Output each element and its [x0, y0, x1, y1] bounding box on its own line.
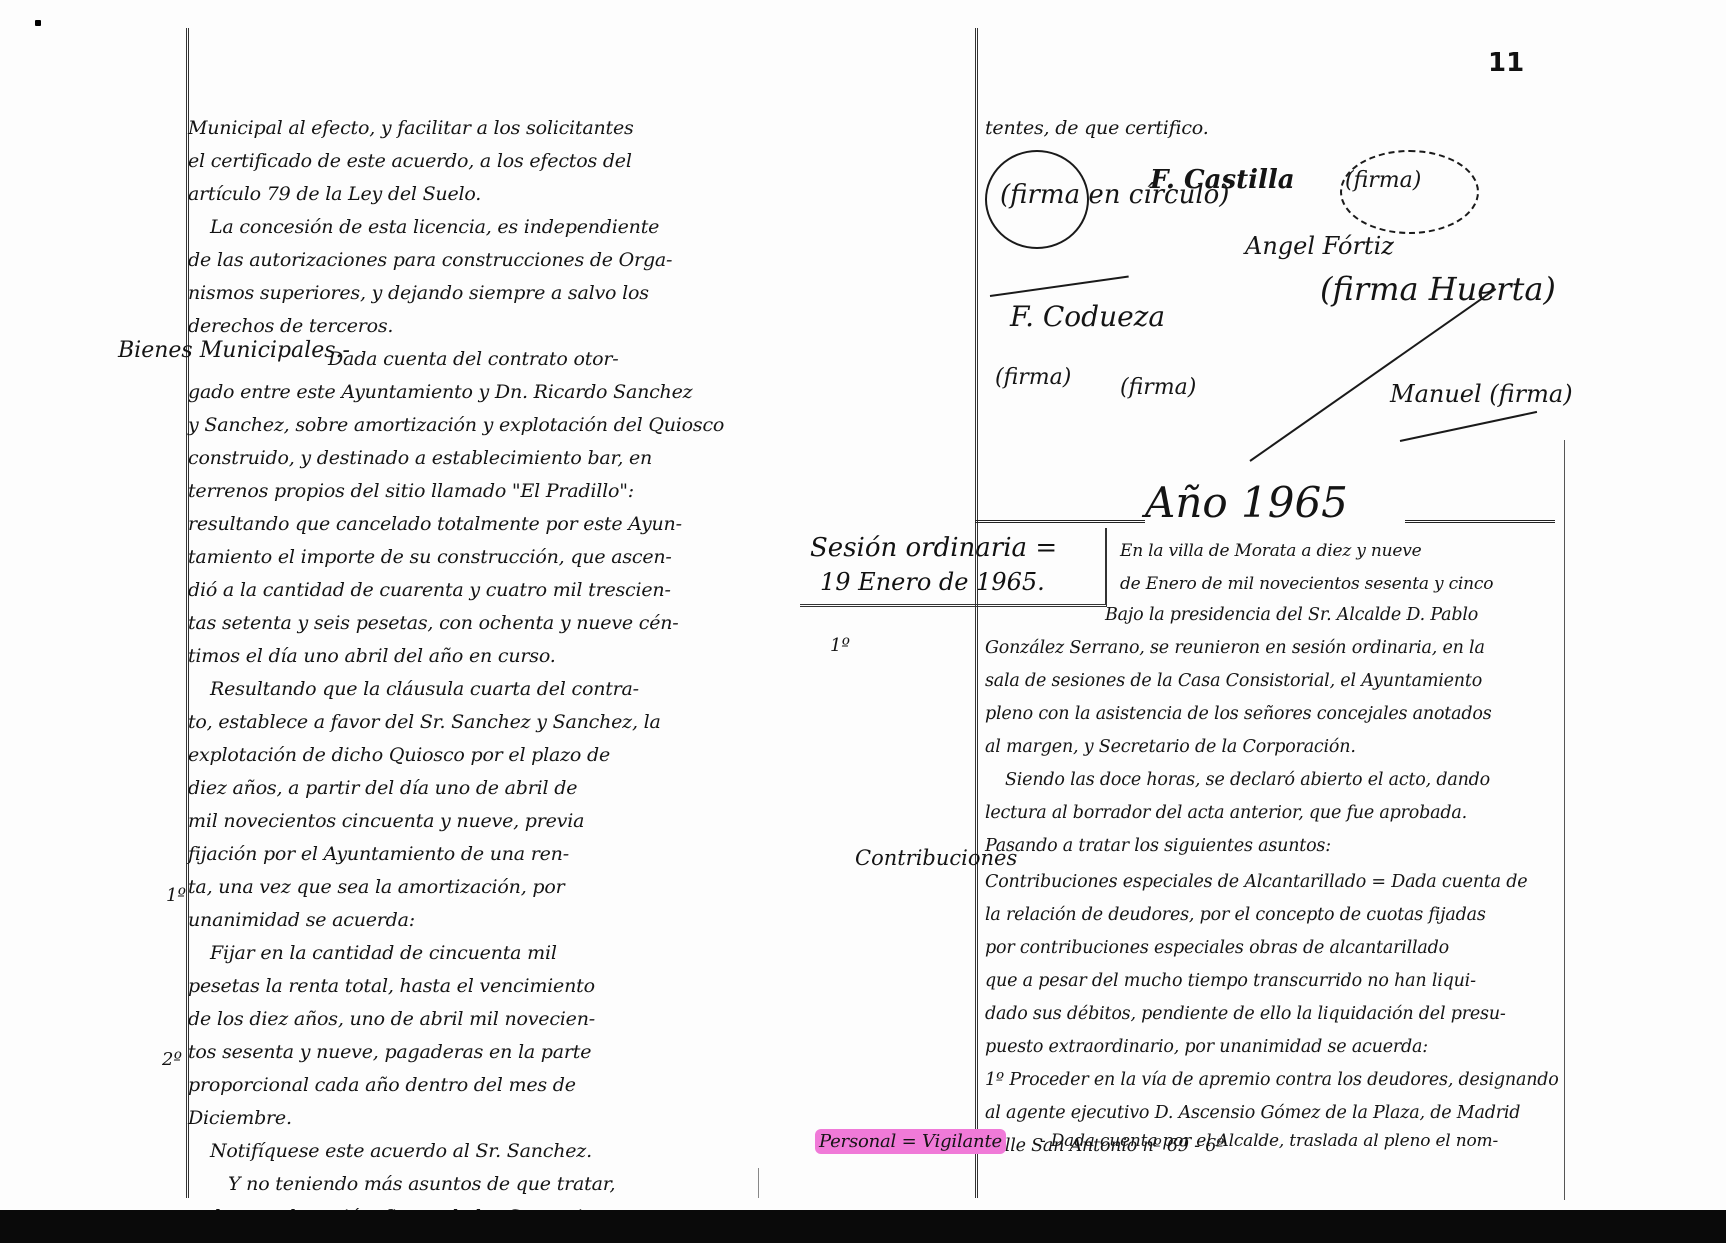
- item-number-1: 1º: [166, 885, 186, 906]
- text-line: la relación de deudores, por el concepto…: [985, 899, 1585, 932]
- scan-speck: [35, 20, 41, 26]
- signature: Manuel (firma): [1390, 380, 1573, 408]
- page-number: 11: [1488, 48, 1524, 78]
- signature: F. Castilla: [1150, 165, 1295, 195]
- text-line: ta, una vez que sea la amortización, por: [188, 871, 733, 904]
- text-line: Municipal al efecto, y facilitar a los s…: [188, 112, 733, 145]
- text-line: de las autorizaciones para construccione…: [188, 244, 733, 277]
- right-page-body: Bajo la presidencia del Sr. Alcalde D. P…: [985, 599, 1585, 863]
- session-date: 19 Enero de 1965.: [820, 568, 1045, 596]
- text-line: puesto extraordinario, por unanimidad se…: [985, 1031, 1585, 1064]
- text-line: Notifíquese este acuerdo al Sr. Sanchez.: [188, 1135, 733, 1168]
- signature-stroke: [990, 276, 1129, 297]
- signature: (firma): [1345, 168, 1421, 193]
- signature: (firma): [995, 365, 1071, 390]
- text-line: diez años, a partir del día uno de abril…: [188, 772, 733, 805]
- text-line: resultando que cancelado totalmente por …: [188, 508, 733, 541]
- text-line: dió a la cantidad de cuarenta y cuatro m…: [188, 574, 733, 607]
- text-line: el certificado de este acuerdo, a los ef…: [188, 145, 733, 178]
- year-rule-left: [975, 520, 1145, 523]
- text-line: fijación por el Ayuntamiento de una ren-: [188, 838, 733, 871]
- session-intro: En la villa de Morata a diez y nueve de …: [1120, 535, 1720, 601]
- margin-heading-bienes-municipales: Bienes Municipales.-: [118, 338, 350, 363]
- text-line: tos sesenta y nueve, pagaderas en la par…: [188, 1036, 733, 1069]
- signature: Angel Fórtiz: [1245, 232, 1394, 260]
- text-line: tas setenta y seis pesetas, con ochenta …: [188, 607, 733, 640]
- text-line: por contribuciones especiales obras de a…: [985, 932, 1585, 965]
- margin-number: 1º: [830, 635, 850, 656]
- text-line: La concesión de esta licencia, es indepe…: [188, 211, 733, 244]
- text-line: que a pesar del mucho tiempo transcurrid…: [985, 965, 1585, 998]
- left-page-body: Municipal al efecto, y facilitar a los s…: [188, 112, 733, 1234]
- text-line: Diciembre.: [188, 1102, 733, 1135]
- text-line: Bajo la presidencia del Sr. Alcalde D. P…: [985, 599, 1585, 632]
- signature: (firma Huerta): [1320, 270, 1556, 308]
- text-line: de los diez años, uno de abril mil novec…: [188, 1003, 733, 1036]
- signature: F. Codueza: [1010, 300, 1165, 333]
- year-rule-right: [1405, 520, 1555, 523]
- session-title: Sesión ordinaria =: [810, 533, 1057, 563]
- text-line: Y no teniendo más asuntos de que tratar,: [188, 1168, 733, 1201]
- text-line: Fijar en la cantidad de cincuenta mil: [188, 937, 733, 970]
- text-line: lectura al borrador del acta anterior, q…: [985, 797, 1585, 830]
- text-line: tamiento el importe de su construcción, …: [188, 541, 733, 574]
- text-line: gado entre este Ayuntamiento y Dn. Ricar…: [188, 376, 733, 409]
- text-line: En la villa de Morata a diez y nueve: [1120, 535, 1720, 568]
- text-line: terrenos propios del sitio llamado "El P…: [188, 475, 733, 508]
- left-page-right-edge: [758, 1168, 759, 1198]
- year-heading: Año 1965: [1145, 478, 1348, 527]
- text-line: 1º Proceder en la vía de apremio contra …: [985, 1064, 1585, 1097]
- scan-bottom-edge: [0, 1210, 1726, 1243]
- text-line: timos el día uno abril del año en curso.: [188, 640, 733, 673]
- text-line: to, establece a favor del Sr. Sanchez y …: [188, 706, 733, 739]
- signature-stroke: [1400, 411, 1537, 442]
- text-line: Resultando que la cláusula cuarta del co…: [188, 673, 733, 706]
- text-line: sala de sesiones de la Casa Consistorial…: [985, 665, 1585, 698]
- text-line: de Enero de mil novecientos sesenta y ci…: [1120, 568, 1720, 601]
- right-page-body-continued: Contribuciones especiales de Alcantarill…: [985, 866, 1585, 1163]
- text-line: construido, y destinado a establecimient…: [188, 442, 733, 475]
- text-line: nismos superiores, y dejando siempre a s…: [188, 277, 733, 310]
- text-line: artículo 79 de la Ley del Suelo.: [188, 178, 733, 211]
- closing-line: tentes, de que certifico.: [985, 112, 1209, 145]
- text-line: Contribuciones especiales de Alcantarill…: [985, 866, 1585, 899]
- text-line: y Sanchez, sobre amortización y explotac…: [188, 409, 733, 442]
- text-line: pesetas la renta total, hasta el vencimi…: [188, 970, 733, 1003]
- text-line: mil novecientos cincuenta y nueve, previ…: [188, 805, 733, 838]
- text-line: pleno con la asistencia de los señores c…: [985, 698, 1585, 731]
- right-page-margin-rule: [975, 28, 978, 1198]
- text-line: Siendo las doce horas, se declaró abiert…: [985, 764, 1585, 797]
- highlighted-margin-heading: Personal = Vigilante: [815, 1129, 1006, 1154]
- personal-vigilante-line: Personal = Vigilante: [815, 1125, 1006, 1158]
- text-line: González Serrano, se reunieron en sesión…: [985, 632, 1585, 665]
- item-number-2: 2º: [162, 1049, 182, 1070]
- text-line: unanimidad se acuerda:: [188, 904, 733, 937]
- text-line: explotación de dicho Quiosco por el plaz…: [188, 739, 733, 772]
- signature: (firma): [1120, 375, 1196, 400]
- text-line: proporcional cada año dentro del mes de: [188, 1069, 733, 1102]
- text-line: dado sus débitos, pendiente de ello la l…: [985, 998, 1585, 1031]
- signature-stroke: [1249, 288, 1496, 462]
- text-line: Pasando a tratar los siguientes asuntos:: [985, 830, 1585, 863]
- text-line: al margen, y Secretario de la Corporació…: [985, 731, 1585, 764]
- scanned-document: Municipal al efecto, y facilitar a los s…: [0, 0, 1726, 1210]
- text-line: - Dada cuenta por el Alcalde, traslada a…: [1040, 1125, 1498, 1158]
